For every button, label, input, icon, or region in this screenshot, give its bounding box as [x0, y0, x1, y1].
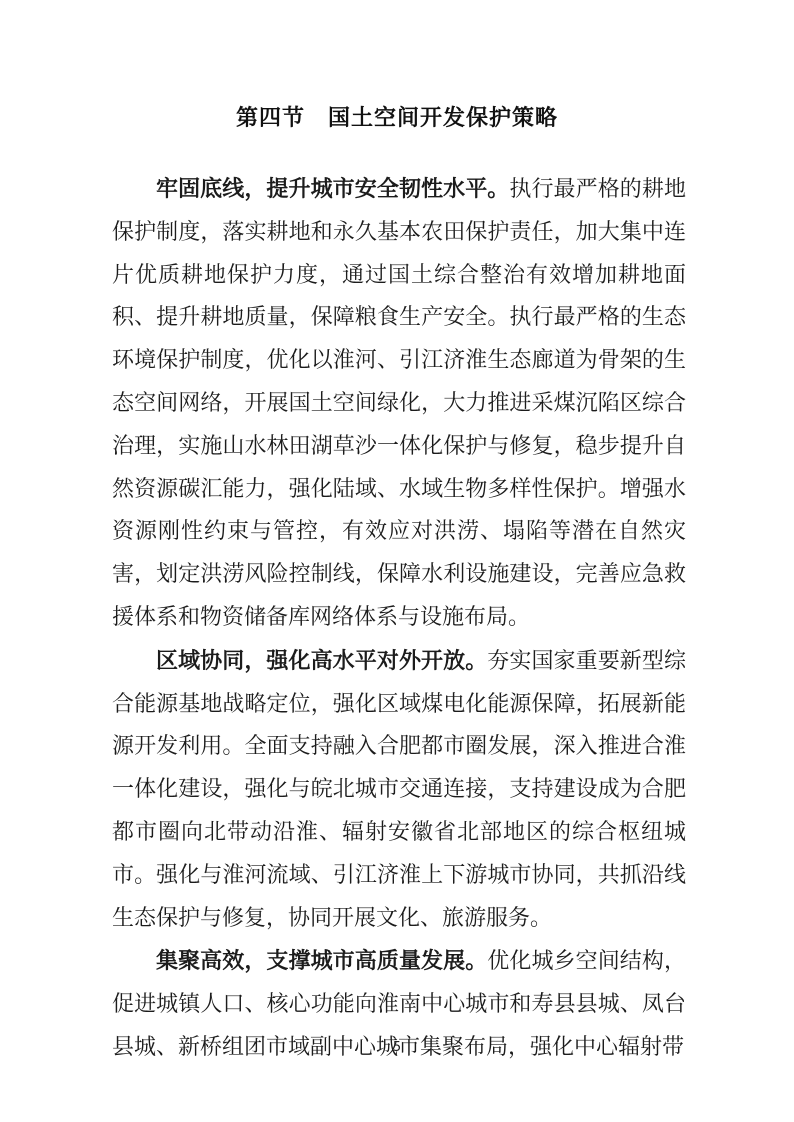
paragraph: 区域协同，强化高水平对外开放。夯实国家重要新型综合能源基地战略定位，强化区域煤电… [112, 640, 686, 941]
page-number: 5 [0, 1040, 794, 1055]
document-body: 牢固底线，提升城市安全韧性水平。执行最严格的耕地保护制度，落实耕地和永久基本农田… [112, 168, 686, 1070]
paragraph: 牢固底线，提升城市安全韧性水平。执行最严格的耕地保护制度，落实耕地和永久基本农田… [112, 168, 686, 640]
paragraph-text: 执行最严格的耕地保护制度，落实耕地和永久基本农田保护责任，加大集中连片优质耕地保… [112, 177, 686, 630]
paragraph-lead: 区域协同，强化高水平对外开放。 [156, 648, 487, 674]
paragraph-text: 夯实国家重要新型综合能源基地战略定位，强化区域煤电化能源保障，拓展新能源开发利用… [112, 649, 686, 931]
paragraph-lead: 牢固底线，提升城市安全韧性水平。 [156, 176, 509, 202]
document-page: 第四节 国土空间开发保护策略 牢固底线，提升城市安全韧性水平。执行最严格的耕地保… [0, 0, 794, 1122]
paragraph-lead: 集聚高效，支撑城市高质量发展。 [156, 948, 487, 974]
section-title: 第四节 国土空间开发保护策略 [0, 106, 794, 132]
